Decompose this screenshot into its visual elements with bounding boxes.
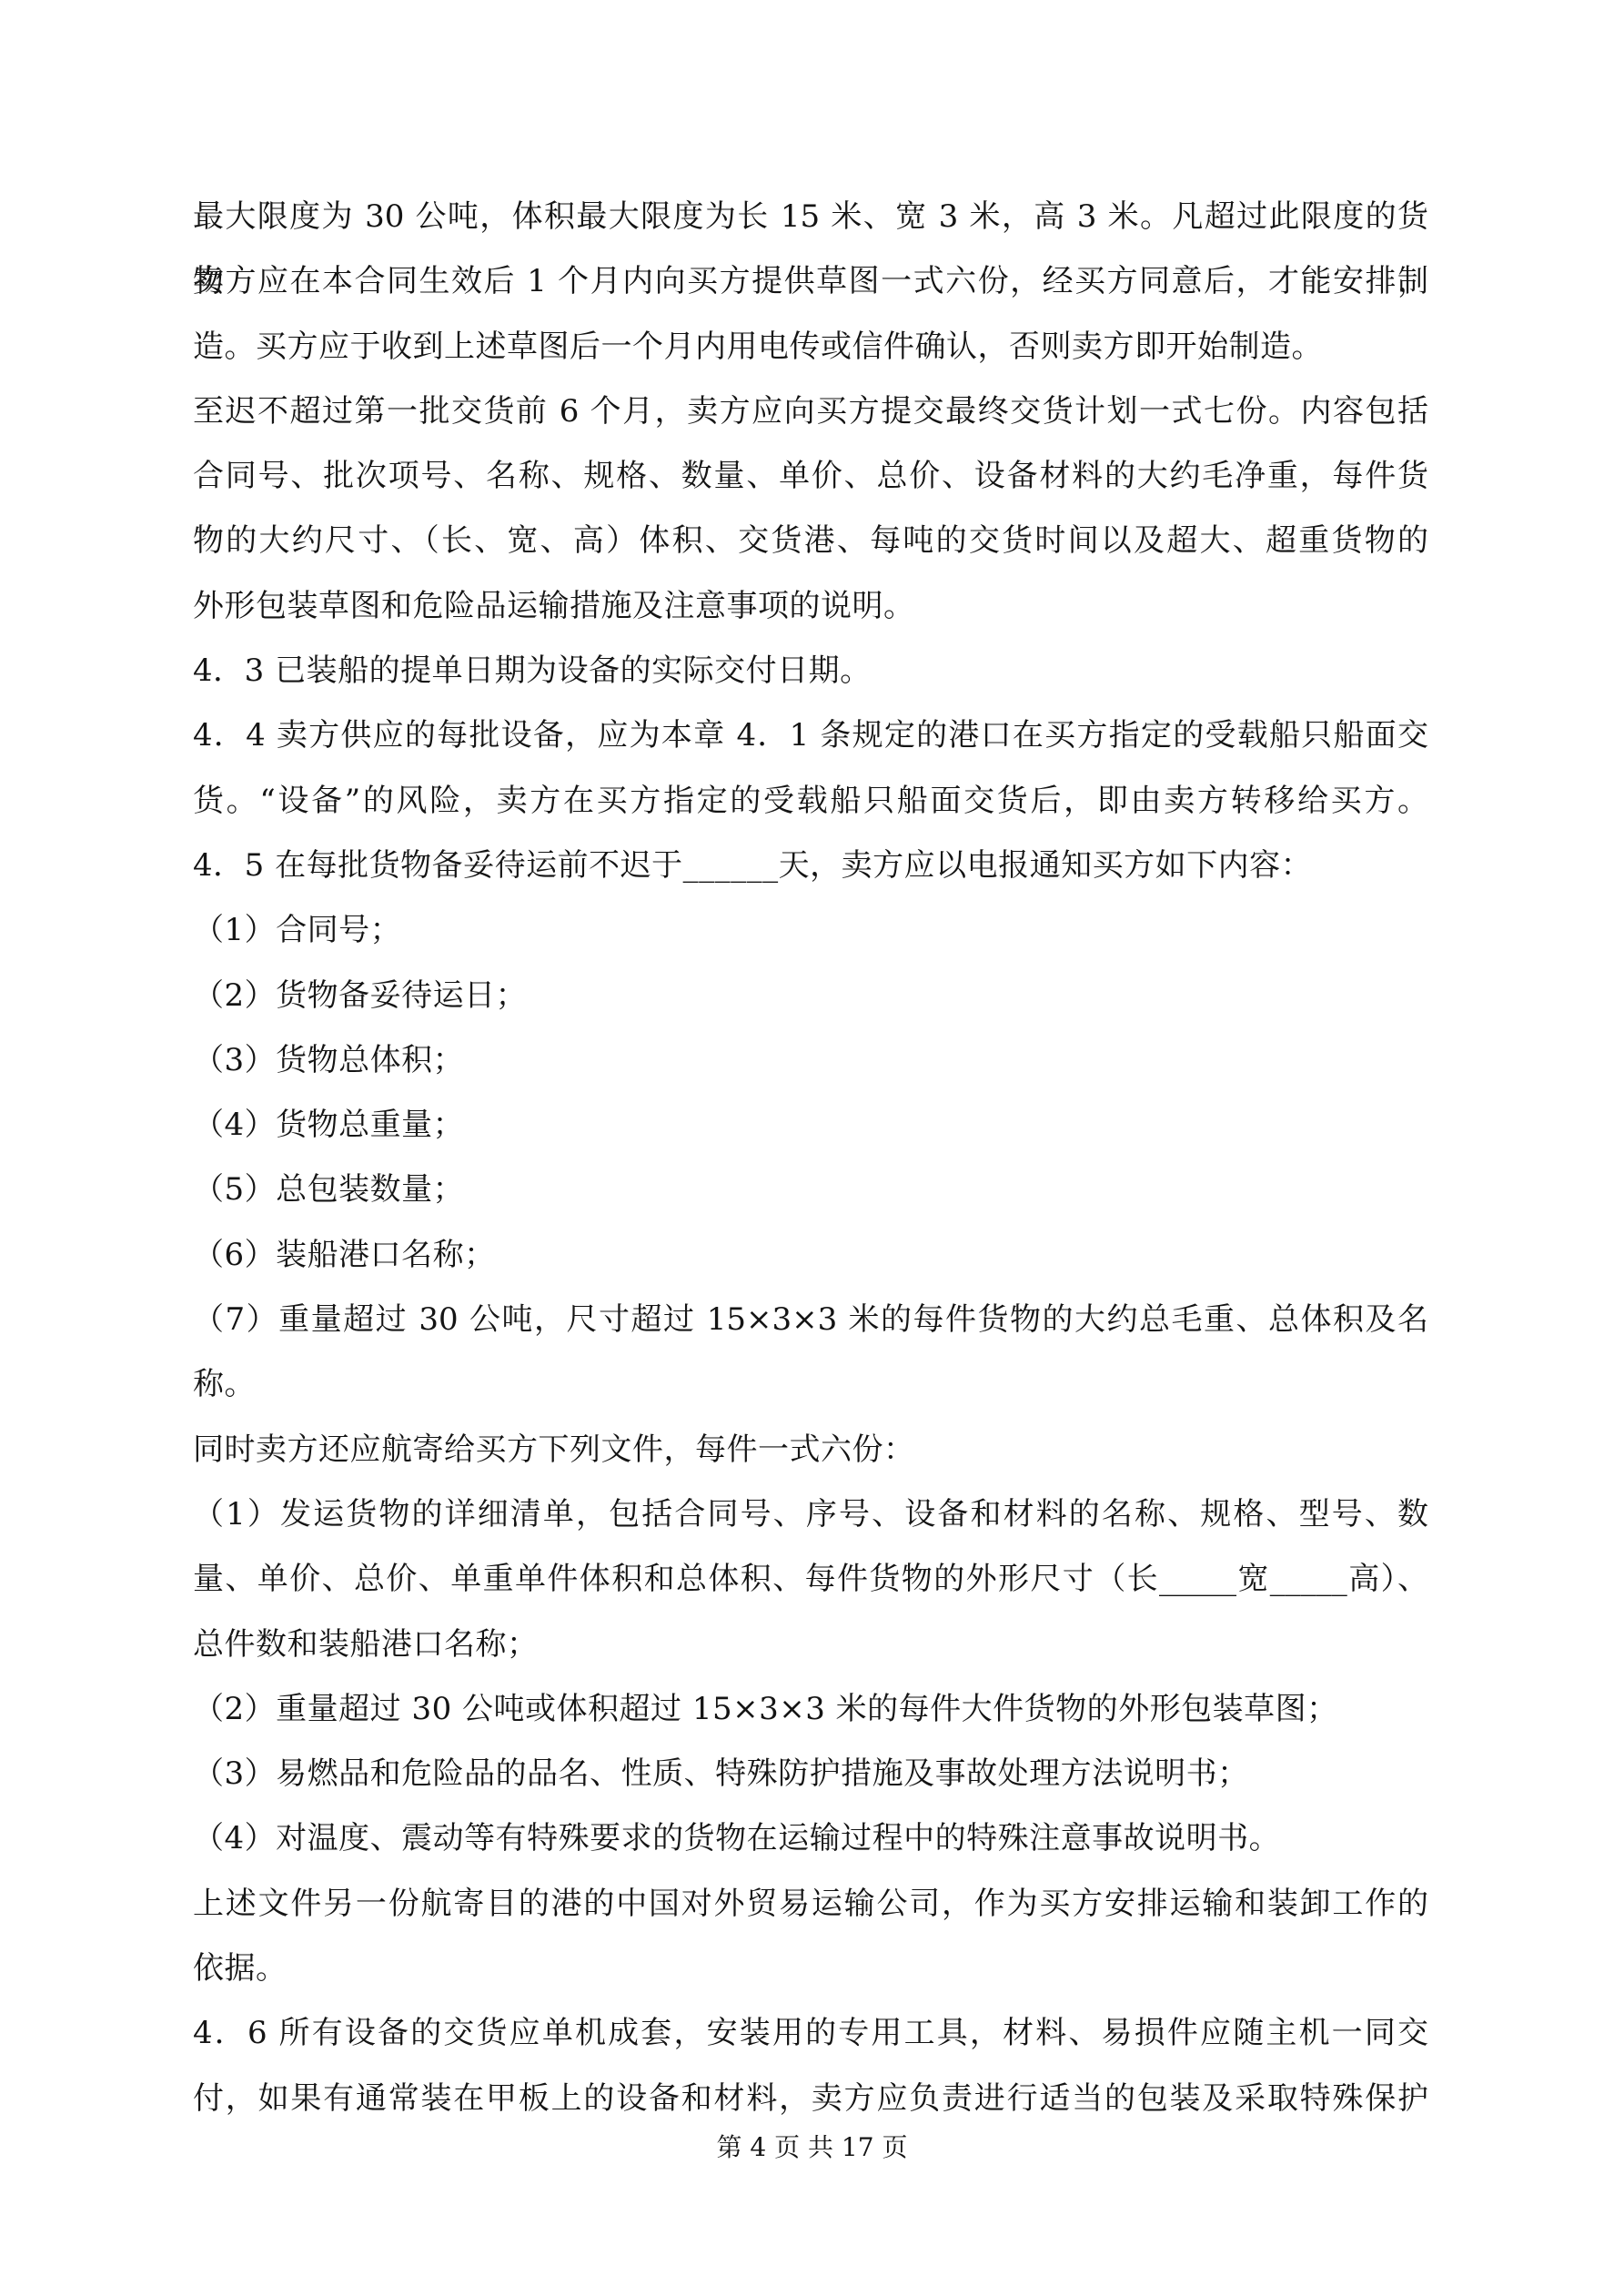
- text-line: （3）易燃品和危险品的品名、性质、特殊防护措施及事故处理方法说明书；: [193, 1742, 1428, 1806]
- text-line: （6）装船港口名称；: [193, 1223, 1428, 1288]
- text-line: 至迟不超过第一批交货前 6 个月，卖方应向买方提交最终交货计划一式七份。内容包括: [193, 379, 1428, 444]
- text-line: （4）对温度、震动等有特殊要求的货物在运输过程中的特殊注意事故说明书。: [193, 1806, 1428, 1871]
- text-line: 最大限度为 30 公吨，体积最大限度为长 15 米、宽 3 米，高 3 米。凡超…: [193, 185, 1428, 249]
- text-line: 同时卖方还应航寄给买方下列文件，每件一式六份：: [193, 1418, 1428, 1482]
- text-line: （2）货物备妥待运日；: [193, 964, 1428, 1028]
- text-line: 货。“设备”的风险，卖方在买方指定的受载船只船面交货后，即由卖方转移给买方。: [193, 769, 1428, 834]
- page-body: 最大限度为 30 公吨，体积最大限度为长 15 米、宽 3 米，高 3 米。凡超…: [193, 185, 1428, 2131]
- text-line: （1）发运货物的详细清单，包括合同号、序号、设备和材料的名称、规格、型号、数: [193, 1482, 1428, 1547]
- text-line: 依据。: [193, 1937, 1428, 2001]
- text-line: （5）总包装数量；: [193, 1158, 1428, 1222]
- text-line: 上述文件另一份航寄目的港的中国对外贸易运输公司，作为买方安排运输和装卸工作的: [193, 1872, 1428, 1937]
- text-line: （3）货物总体积；: [193, 1028, 1428, 1093]
- text-line: 物的大约尺寸、（长、宽、高）体积、交货港、每吨的交货时间以及超大、超重货物的: [193, 509, 1428, 573]
- text-line: 造。买方应于收到上述草图后一个月内用电传或信件确认，否则卖方即开始制造。: [193, 315, 1428, 379]
- text-line: 量、单价、总价、单重单件体积和总体积、每件货物的外形尺寸（长_____宽____…: [193, 1547, 1428, 1612]
- text-line: （1）合同号；: [193, 898, 1428, 963]
- text-line: 付，如果有通常装在甲板上的设备和材料，卖方应负责进行适当的包装及采取特殊保护: [193, 2067, 1428, 2131]
- text-line: （2）重量超过 30 公吨或体积超过 15×3×3 米的每件大件货物的外形包装草…: [193, 1677, 1428, 1742]
- text-line: 合同号、批次项号、名称、规格、数量、单价、总价、设备材料的大约毛净重，每件货: [193, 444, 1428, 509]
- text-line: 称。: [193, 1352, 1428, 1417]
- text-line: （4）货物总重量；: [193, 1093, 1428, 1158]
- text-line: 4．3 已装船的提单日期为设备的实际交付日期。: [193, 639, 1428, 703]
- page-footer: 第 4 页 共 17 页: [0, 2129, 1624, 2166]
- text-line: 4．5 在每批货物备妥待运前不迟于______天，卖方应以电报通知买方如下内容：: [193, 834, 1428, 898]
- text-line: 4．4 卖方供应的每批设备，应为本章 4．1 条规定的港口在买方指定的受载船只船…: [193, 703, 1428, 768]
- text-line: 卖方应在本合同生效后 1 个月内向买方提供草图一式六份，经买方同意后，才能安排制: [193, 249, 1428, 314]
- text-line: 外形包装草图和危险品运输措施及注意事项的说明。: [193, 574, 1428, 639]
- document-page: 最大限度为 30 公吨，体积最大限度为长 15 米、宽 3 米，高 3 米。凡超…: [0, 0, 1624, 2296]
- text-line: （7）重量超过 30 公吨，尺寸超过 15×3×3 米的每件货物的大约总毛重、总…: [193, 1288, 1428, 1352]
- text-line: 4．6 所有设备的交货应单机成套，安装用的专用工具，材料、易损件应随主机一同交: [193, 2001, 1428, 2066]
- text-line: 总件数和装船港口名称；: [193, 1613, 1428, 1677]
